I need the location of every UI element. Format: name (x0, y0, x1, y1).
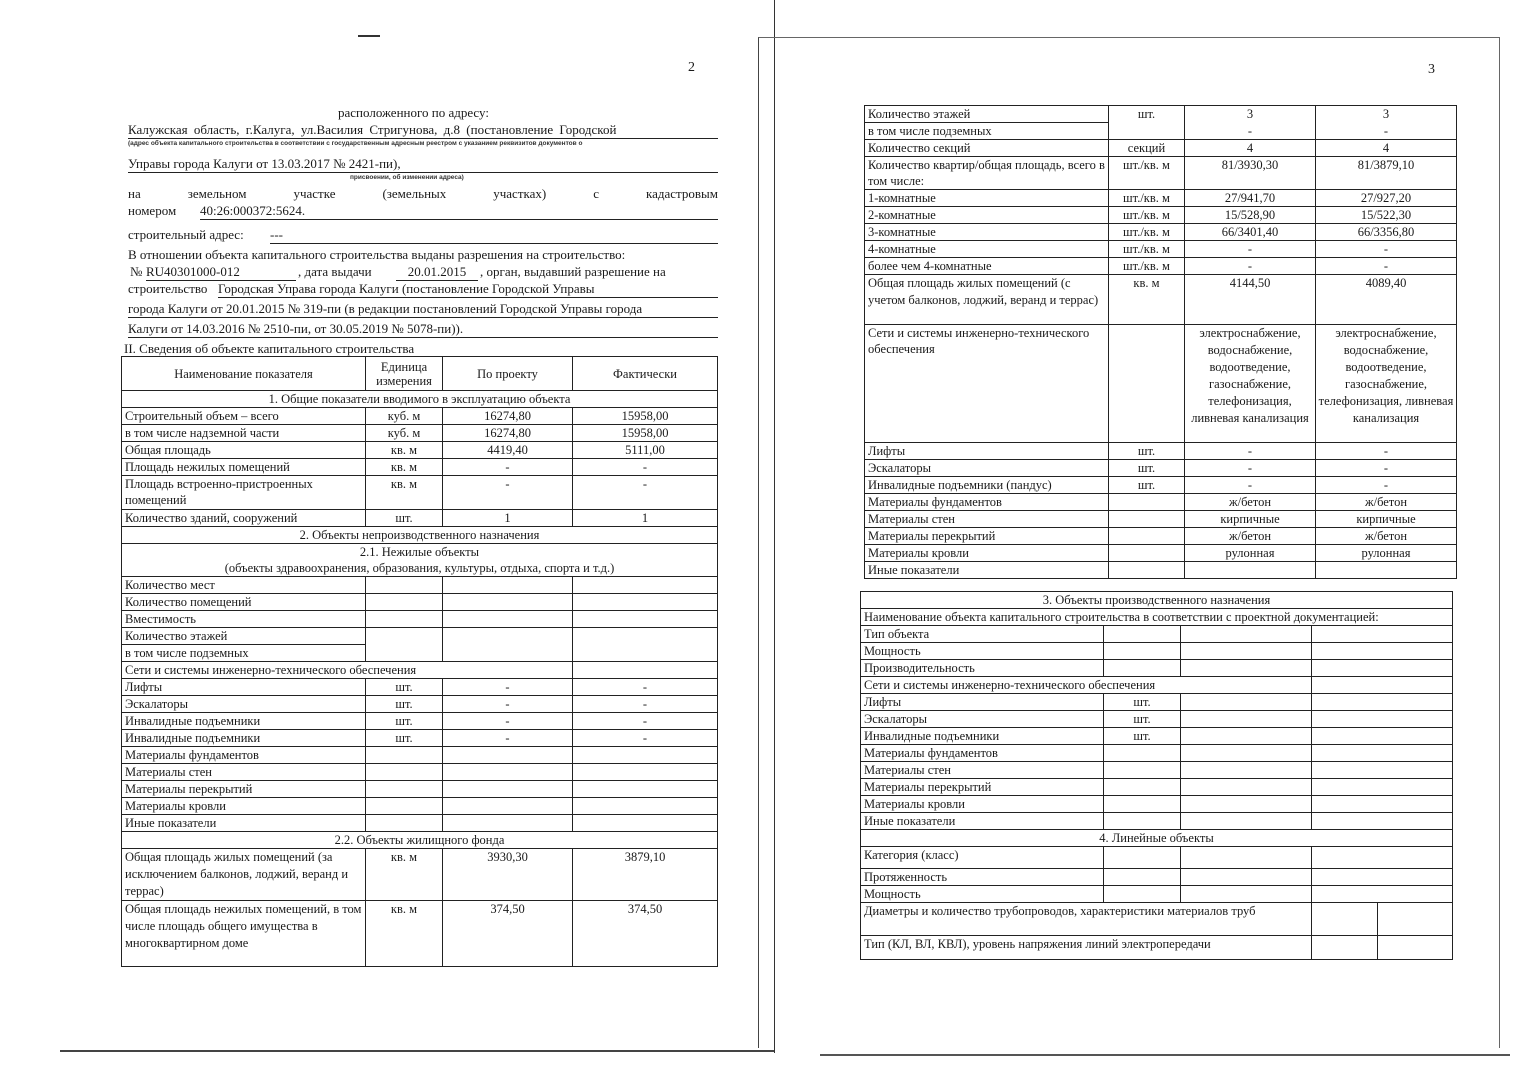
table-row: Материалы стенкирпичныекирпичные (865, 511, 1457, 528)
row-actual: 1 (573, 510, 718, 527)
row-name: более чем 4-комнатные (865, 258, 1109, 275)
table-row: Количество этажейшт.33 (865, 106, 1457, 123)
row-project: - (1185, 443, 1316, 460)
row-actual: 3879,10 (573, 849, 718, 901)
row-project: 15/528,90 (1185, 207, 1316, 224)
row-unit: кв. м (366, 849, 443, 901)
table-row: Общая площадь жилых помещений (с учетом … (865, 275, 1457, 325)
table-row: Строительный объем – всегокуб. м16274,80… (122, 408, 718, 425)
table-row: Иные показатели (861, 813, 1453, 830)
table-row: Материалы перекрытий (861, 779, 1453, 796)
row-project: 27/941,70 (1185, 190, 1316, 207)
table-row: Лифтышт. (861, 694, 1453, 711)
row-name: Материалы фундаментов (865, 494, 1109, 511)
permit-issuer-line-2: города Калуги от 20.01.2015 № 319-пи (в … (128, 300, 718, 318)
row-unit: шт./кв. м (1109, 207, 1185, 224)
row-actual: 3 (1316, 106, 1457, 123)
row-unit: шт. (366, 713, 443, 730)
permit-date-label: , дата выдачи (298, 263, 372, 280)
table-row: Материалы перекрытий (122, 781, 718, 798)
section-3-object-name: Наименование объекта капитального строит… (861, 609, 1453, 626)
row-name: 4-комнатные (865, 241, 1109, 258)
row-actual: 15958,00 (573, 408, 718, 425)
land-word: кадастровым (646, 185, 718, 202)
land-line: на земельном участке (земельных участках… (128, 185, 718, 202)
row-unit (1109, 511, 1185, 528)
row-project: - (443, 679, 573, 696)
row-project: - (1185, 477, 1316, 494)
land-word: участках) (493, 185, 546, 202)
row-name: Протяженность (861, 869, 1104, 886)
row-unit (1109, 494, 1185, 511)
table-row: 4-комнатныешт./кв. м-- (865, 241, 1457, 258)
row-actual: кирпичные (1316, 511, 1457, 528)
table-row: Общая площадь нежилых помещений, в том ч… (122, 901, 718, 967)
table-row: Общая площадь жилых помещений (за исключ… (122, 849, 718, 901)
row-project: 4419,40 (443, 442, 573, 459)
row-project: 66/3401,40 (1185, 224, 1316, 241)
row-actual: 4089,40 (1316, 275, 1457, 325)
row-unit: кв. м (366, 442, 443, 459)
row-project: 81/3930,30 (1185, 157, 1316, 190)
row-unit: шт./кв. м (1109, 241, 1185, 258)
land-word: на (128, 185, 141, 202)
table-row: Количество секцийсекций44 (865, 140, 1457, 157)
row-actual: - (573, 730, 718, 747)
row-name: 3-комнатные (865, 224, 1109, 241)
row-unit: шт. (1104, 694, 1181, 711)
row-name: Материалы кровли (122, 798, 366, 815)
row-project: 4144,50 (1185, 275, 1316, 325)
row-name: в том числе подземных (865, 123, 1109, 140)
row-name: Общая площадь (122, 442, 366, 459)
permit-issuer-label: , орган, выдавший разрешение на (480, 263, 666, 280)
row-name: Диаметры и количество трубопроводов, хар… (861, 903, 1312, 936)
section-2-1-title: 2.1. Нежилые объекты (122, 544, 718, 561)
row-name: Иные показатели (865, 562, 1109, 579)
row-actual: 15/522,30 (1316, 207, 1457, 224)
table-header-row: Наименование показателя Единица измерени… (122, 357, 718, 391)
table-row: Сети и системы инженерно-технического об… (122, 662, 718, 679)
row-name: Лифты (122, 679, 366, 696)
row-actual: - (573, 696, 718, 713)
row-project: 16274,80 (443, 408, 573, 425)
table-row: Количество этажей (122, 628, 718, 645)
permit-issuer-line-3: Калуги от 14.03.2016 № 2510-пи, от 30.05… (128, 320, 718, 338)
row-name: Производительность (861, 660, 1104, 677)
row-name: Количество секций (865, 140, 1109, 157)
section-3-table: 3. Объекты производственного назначения … (860, 591, 1453, 960)
row-name: Общая площадь жилых помещений (с учетом … (865, 275, 1109, 325)
row-name: в том числе подземных (122, 645, 366, 662)
table-row: Материалы кровли (861, 796, 1453, 813)
row-name: 2-комнатные (865, 207, 1109, 224)
row-name: в том числе надземной части (122, 425, 366, 442)
table-row: 3-комнатныешт./кв. м66/3401,4066/3356,80 (865, 224, 1457, 241)
row-project: 4 (1185, 140, 1316, 157)
row-unit: шт. (366, 730, 443, 747)
row-name: Количество этажей (865, 106, 1109, 123)
section-2-title: 2. Объекты непроизводственного назначени… (122, 527, 718, 544)
table-row: Площадь нежилых помещенийкв. м-- (122, 459, 718, 476)
table-row: Сети и системы инженерно-технического об… (865, 325, 1457, 443)
row-unit: секций (1109, 140, 1185, 157)
row-actual: - (573, 459, 718, 476)
row-unit: шт. (366, 679, 443, 696)
row-project: рулонная (1185, 545, 1316, 562)
row-name: Иные показатели (861, 813, 1104, 830)
table-row: в том числе надземной частикуб. м16274,8… (122, 425, 718, 442)
row-unit: шт. (1109, 460, 1185, 477)
row-project: кирпичные (1185, 511, 1316, 528)
row-actual: - (573, 476, 718, 510)
row-actual: ж/бетон (1316, 494, 1457, 511)
cadastral-label: номером (128, 202, 176, 219)
col-header-name: Наименование показателя (122, 357, 366, 391)
row-unit (1109, 528, 1185, 545)
row-name: Количество квартир/общая площадь, всего … (865, 157, 1109, 190)
row-name: Инвалидные подъемники (861, 728, 1104, 745)
row-name: Материалы стен (122, 764, 366, 781)
permit-issuer-prefix: строительство (128, 280, 207, 297)
row-name: Материалы перекрытий (122, 781, 366, 798)
table-row: Количество помещений (122, 594, 718, 611)
row-name: Общая площадь нежилых помещений, в том ч… (122, 901, 366, 967)
table-row: Производительность (861, 660, 1453, 677)
row-project: - (1185, 241, 1316, 258)
row-unit: куб. м (366, 408, 443, 425)
row-name: Инвалидные подъемники (122, 730, 366, 747)
address-caption-2: присвоении, об изменении адреса) (350, 174, 464, 182)
land-word: с (593, 185, 599, 202)
row-project: - (443, 696, 573, 713)
table-row: Количество зданий, сооруженийшт.11 (122, 510, 718, 527)
section-2-2-title: 2.2. Объекты жилищного фонда (122, 832, 718, 849)
row-unit: шт. (1109, 106, 1185, 140)
row-name: Инвалидные подъемники (122, 713, 366, 730)
networks-label: Сети и системы инженерно-технического об… (122, 662, 573, 679)
row-project: 3930,30 (443, 849, 573, 901)
row-project: электроснабжение, водоснабжение, водоотв… (1185, 325, 1316, 443)
row-name: Материалы кровли (865, 545, 1109, 562)
cadastral-number: 40:26:000372:5624. (200, 202, 718, 220)
row-unit: шт./кв. м (1109, 224, 1185, 241)
row-unit: кв. м (366, 901, 443, 967)
row-unit: шт./кв. м (1109, 157, 1185, 190)
row-name: Эскалаторы (122, 696, 366, 713)
row-project: - (443, 713, 573, 730)
land-word: (земельных (382, 185, 446, 202)
table-row: Материалы фундаментов (861, 745, 1453, 762)
row-name: Лифты (861, 694, 1104, 711)
table-row: Инвалидные подъемникишт. (861, 728, 1453, 745)
table-row: Площадь встроенно-пристроенных помещений… (122, 476, 718, 510)
row-unit (1109, 545, 1185, 562)
row-actual: - (573, 679, 718, 696)
row-name: Мощность (861, 643, 1104, 660)
row-name: Материалы перекрытий (865, 528, 1109, 545)
row-actual: - (1316, 443, 1457, 460)
row-project: - (1185, 460, 1316, 477)
land-word: участке (293, 185, 335, 202)
permit-issuer-line-1: Городская Управа города Калуги (постанов… (218, 280, 718, 298)
row-name: Эскалаторы (865, 460, 1109, 477)
row-actual: 66/3356,80 (1316, 224, 1457, 241)
row-actual: 81/3879,10 (1316, 157, 1457, 190)
table-row: Эскалаторышт.-- (865, 460, 1457, 477)
row-project: - (1185, 123, 1316, 140)
build-address-value: --- (270, 226, 718, 244)
row-name: Количество помещений (122, 594, 366, 611)
row-name: Тип (КЛ, ВЛ, КВЛ), уровень напряжения ли… (861, 936, 1312, 960)
row-unit: шт. (1104, 728, 1181, 745)
section-title: II. Сведения об объекте капитального стр… (124, 340, 414, 357)
row-name: Общая площадь жилых помещений (за исключ… (122, 849, 366, 901)
networks-label: Сети и системы инженерно-технического об… (861, 677, 1312, 694)
row-unit: кв. м (366, 459, 443, 476)
row-unit: шт. (1109, 477, 1185, 494)
table-row: Инвалидные подъемники (пандус)шт.-- (865, 477, 1457, 494)
row-actual: - (1316, 460, 1457, 477)
row-name: Материалы фундаментов (122, 747, 366, 764)
right-object-table: Количество этажейшт.33 в том числе подзе… (864, 105, 1457, 579)
row-unit: кв. м (366, 476, 443, 510)
address-line-1: Калужская область, г.Калуга, ул.Василия … (128, 121, 718, 139)
permit-no-label: № (130, 263, 142, 280)
table-row: Лифтышт.-- (865, 443, 1457, 460)
col-header-actual: Фактически (573, 357, 718, 391)
row-actual: - (1316, 477, 1457, 494)
address-caption-1: (адрес объекта капитального строительств… (128, 140, 718, 148)
row-name: Лифты (865, 443, 1109, 460)
table-row: Материалы стен (122, 764, 718, 781)
page-number-left: 2 (688, 60, 695, 76)
row-actual: 15958,00 (573, 425, 718, 442)
row-name: Эскалаторы (861, 711, 1104, 728)
row-project: ж/бетон (1185, 494, 1316, 511)
row-project: 3 (1185, 106, 1316, 123)
row-project: ж/бетон (1185, 528, 1316, 545)
row-name: Материалы кровли (861, 796, 1104, 813)
table-row: Сети и системы инженерно-технического об… (861, 677, 1453, 694)
table-row: Вместимость (122, 611, 718, 628)
row-name: Материалы стен (865, 511, 1109, 528)
table-row: более чем 4-комнатныешт./кв. м-- (865, 258, 1457, 275)
row-name: Вместимость (122, 611, 366, 628)
row-name: Площадь нежилых помещений (122, 459, 366, 476)
table-row: Лифтышт.-- (122, 679, 718, 696)
build-address-label: строительный адрес: (128, 226, 244, 243)
row-unit: куб. м (366, 425, 443, 442)
row-name: Сети и системы инженерно-технического об… (865, 325, 1109, 443)
row-name: Мощность (861, 886, 1104, 903)
row-actual: - (1316, 241, 1457, 258)
scan-mark (358, 35, 380, 37)
section-3-title: 3. Объекты производственного назначения (861, 592, 1453, 609)
row-actual: рулонная (1316, 545, 1457, 562)
table-row: Тип (КЛ, ВЛ, КВЛ), уровень напряжения ли… (861, 936, 1453, 960)
table-row: Материалы кровлирулоннаярулонная (865, 545, 1457, 562)
row-actual: - (1316, 258, 1457, 275)
row-name: Инвалидные подъемники (пандус) (865, 477, 1109, 494)
row-name: Материалы стен (861, 762, 1104, 779)
table-row: Мощность (861, 886, 1453, 903)
row-unit: шт. (366, 510, 443, 527)
right-page-bottom-edge (820, 1054, 1510, 1056)
row-unit: шт. (366, 696, 443, 713)
permit-number: RU40301000-012 (146, 263, 296, 281)
row-actual: 5111,00 (573, 442, 718, 459)
row-actual: электроснабжение, водоснабжение, водоотв… (1316, 325, 1457, 443)
row-actual: 374,50 (573, 901, 718, 967)
table-row: Категория (класс) (861, 847, 1453, 869)
row-project: 16274,80 (443, 425, 573, 442)
section-1-title: 1. Общие показатели вводимого в эксплуат… (122, 391, 718, 408)
address-intro: расположенного по адресу: (338, 104, 489, 121)
left-page-bottom-edge (60, 1050, 774, 1052)
row-name: Количество этажей (122, 628, 366, 645)
table-row: 1-комнатныешт./кв. м27/941,7027/927,20 (865, 190, 1457, 207)
row-unit: шт. (1104, 711, 1181, 728)
table-row: Материалы кровли (122, 798, 718, 815)
row-unit: шт./кв. м (1109, 258, 1185, 275)
table-row: Тип объекта (861, 626, 1453, 643)
row-name: 1-комнатные (865, 190, 1109, 207)
row-unit: кв. м (1109, 275, 1185, 325)
row-project: - (1185, 258, 1316, 275)
land-word: земельном (188, 185, 247, 202)
table-row: Протяженность (861, 869, 1453, 886)
row-name: Количество зданий, сооружений (122, 510, 366, 527)
table-row: 2-комнатныешт./кв. м15/528,9015/522,30 (865, 207, 1457, 224)
permit-date: 20.01.2015 (396, 263, 478, 281)
table-row: Иные показатели (865, 562, 1457, 579)
row-project: - (443, 476, 573, 510)
section-4-title: 4. Линейные объекты (861, 830, 1453, 847)
row-actual: ж/бетон (1316, 528, 1457, 545)
col-header-unit: Единица измерения (366, 357, 443, 391)
row-project: 1 (443, 510, 573, 527)
table-row: Материалы фундаментовж/бетонж/бетон (865, 494, 1457, 511)
left-object-table: Наименование показателя Единица измерени… (121, 356, 718, 967)
table-row: Иные показатели (122, 815, 718, 832)
row-actual: - (1316, 123, 1457, 140)
table-row: Материалы стен (861, 762, 1453, 779)
row-unit: шт./кв. м (1109, 190, 1185, 207)
row-name: Материалы фундаментов (861, 745, 1104, 762)
permit-intro: В отношении объекта капитального строите… (128, 246, 625, 263)
table-row: Количество квартир/общая площадь, всего … (865, 157, 1457, 190)
row-project: 374,50 (443, 901, 573, 967)
table-row: Общая площадькв. м4419,405111,00 (122, 442, 718, 459)
table-row: Диаметры и количество трубопроводов, хар… (861, 903, 1453, 936)
col-header-project: По проекту (443, 357, 573, 391)
row-name: Тип объекта (861, 626, 1104, 643)
table-row: Инвалидные подъемникишт.-- (122, 713, 718, 730)
row-actual: - (573, 713, 718, 730)
table-row: Инвалидные подъемникишт.-- (122, 730, 718, 747)
row-name: Площадь встроенно-пристроенных помещений (122, 476, 366, 510)
row-actual: 27/927,20 (1316, 190, 1457, 207)
page-number-right: 3 (1428, 62, 1435, 78)
table-row: Материалы фундаментов (122, 747, 718, 764)
table-row: Эскалаторышт. (861, 711, 1453, 728)
address-line-2: Управы города Калуги от 13.03.2017 № 242… (128, 155, 718, 173)
row-name: Категория (класс) (861, 847, 1104, 869)
row-name: Строительный объем – всего (122, 408, 366, 425)
row-project: - (443, 730, 573, 747)
table-row: Количество мест (122, 577, 718, 594)
row-name: Материалы перекрытий (861, 779, 1104, 796)
row-unit: шт. (1109, 443, 1185, 460)
table-row: Мощность (861, 643, 1453, 660)
row-project: - (443, 459, 573, 476)
table-row: Эскалаторышт.-- (122, 696, 718, 713)
section-2-1-subtitle: (объекты здравоохранения, образования, к… (122, 560, 718, 577)
row-actual: 4 (1316, 140, 1457, 157)
table-row: Материалы перекрытийж/бетонж/бетон (865, 528, 1457, 545)
row-name: Количество мест (122, 577, 366, 594)
row-name: Иные показатели (122, 815, 366, 832)
